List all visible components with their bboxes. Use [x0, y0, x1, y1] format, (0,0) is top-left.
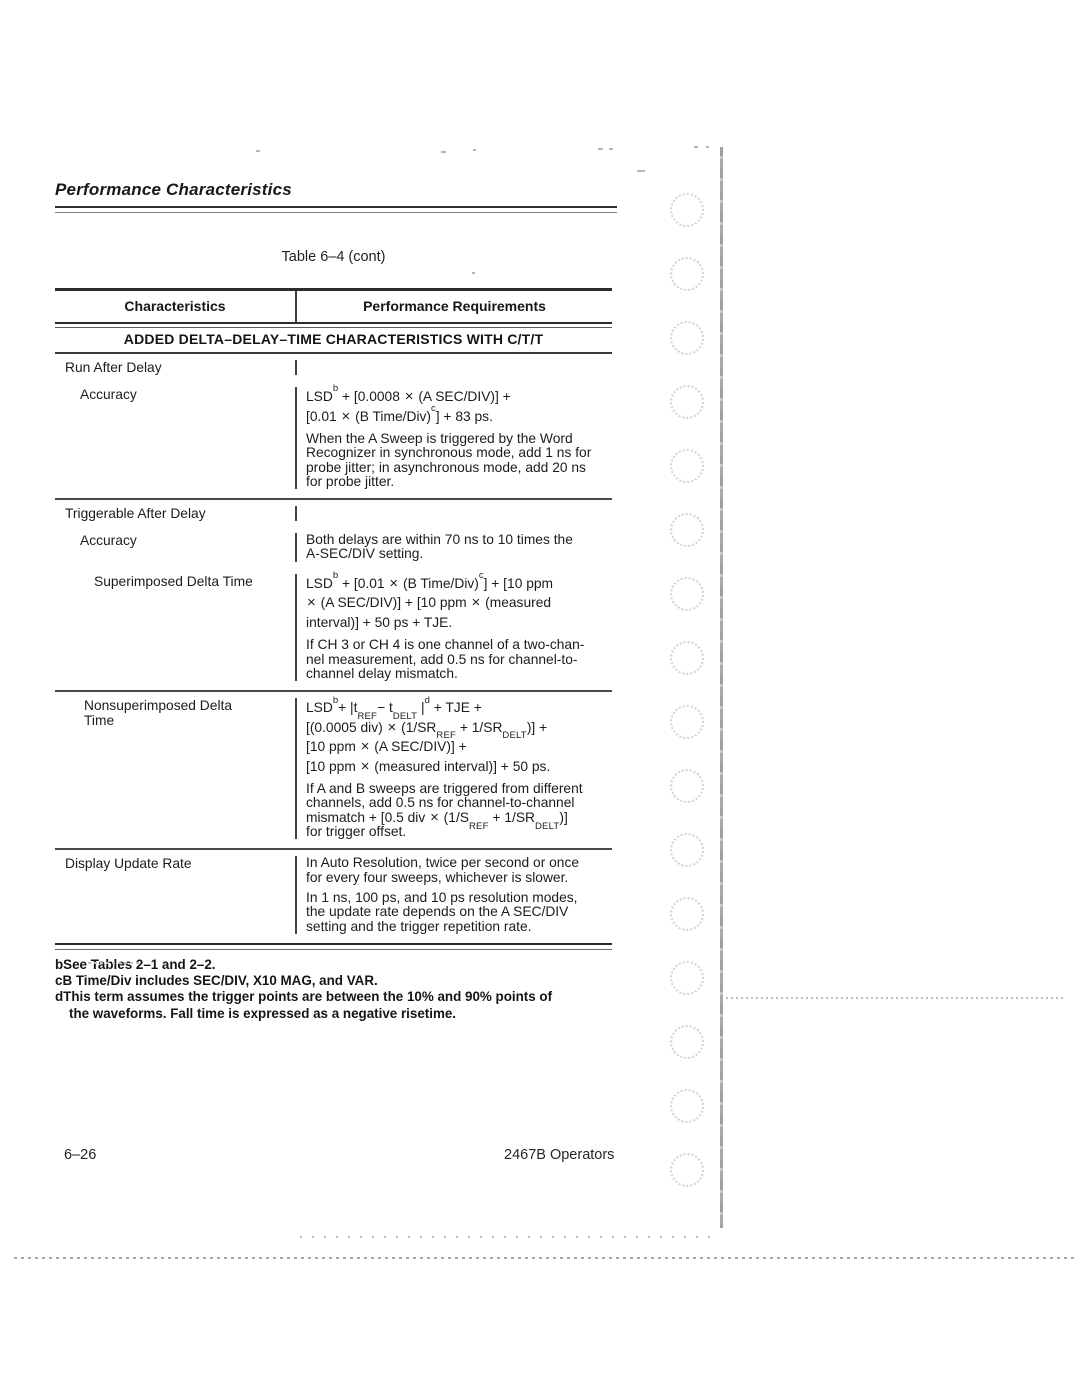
requirement-line: interval)] + 50 ps + TJE. — [306, 613, 610, 633]
characteristics-cell: Nonsuperimposed DeltaTime — [55, 698, 297, 839]
requirements-cell: LSDb+ |tREF− tDELT |d + TJE +[(0.0005 di… — [297, 698, 612, 839]
requirement-line: [0.01 × (B Time/Div)c] + 83 ps. — [306, 407, 610, 427]
multiply-sign: × — [404, 388, 415, 405]
table-entry: Display Update RateIn Auto Resolution, t… — [55, 850, 612, 942]
binder-hole — [663, 826, 711, 874]
spec-table: Characteristics Performance Requirements… — [55, 288, 612, 1022]
requirement-line: × (A SEC/DIV)] + [10 ppm × (measured — [306, 593, 610, 613]
table-section-header: ADDED DELTA–DELAY–TIME CHARACTERISTICS W… — [55, 328, 612, 354]
requirement-paragraph: LSDb + [0.0008 × (A SEC/DIV)] +[0.01 × (… — [306, 387, 610, 426]
requirements-cell: LSDb + [0.0008 × (A SEC/DIV)] +[0.01 × (… — [297, 387, 612, 489]
requirement-line: [10 ppm × (measured interval)] + 50 ps. — [306, 757, 610, 777]
characteristics-cell: Run After Delay — [55, 360, 297, 375]
requirement-line: the update rate depends on the A SEC/DIV — [306, 905, 610, 919]
characteristic-label: Triggerable After Delay — [55, 506, 289, 521]
multiply-sign: × — [341, 408, 352, 425]
characteristics-cell: Accuracy — [55, 533, 297, 562]
requirement-paragraph: In Auto Resolution, twice per second or … — [306, 856, 610, 885]
requirement-paragraph: In 1 ns, 100 ps, and 10 ps resolution mo… — [306, 891, 610, 934]
binder-hole — [670, 961, 704, 995]
requirement-line: LSDb + [0.0008 × (A SEC/DIV)] + — [306, 387, 610, 407]
scan-speck — [473, 149, 476, 151]
requirement-line: nel measurement, add 0.5 ns for channel-… — [306, 653, 610, 667]
characteristics-cell: Display Update Rate — [55, 856, 297, 933]
scan-speck — [637, 170, 645, 172]
binder-hole — [666, 637, 708, 679]
footnote-line: cB Time/Div includes SEC/DIV, X10 MAG, a… — [55, 973, 612, 989]
page-number: 6–26 — [64, 1147, 96, 1163]
column-header-characteristics: Characteristics — [55, 291, 297, 322]
requirements-cell: Both delays are within 70 ns to 10 times… — [297, 533, 612, 562]
requirement-line: probe jitter; in asynchronous mode, add … — [306, 461, 610, 475]
table-entry: AccuracyLSDb + [0.0008 × (A SEC/DIV)] +[… — [55, 375, 612, 498]
scan-speck — [706, 146, 709, 148]
requirement-line: Both delays are within 70 ns to 10 times… — [306, 533, 610, 547]
multiply-sign: × — [471, 594, 482, 611]
characteristic-label: Run After Delay — [55, 360, 289, 375]
requirement-paragraph: Both delays are within 70 ns to 10 times… — [306, 533, 610, 562]
characteristic-label-line: Display Update Rate — [65, 856, 289, 871]
requirement-line: for every four sweeps, whichever is slow… — [306, 871, 610, 885]
scanned-manual-page: Performance Characteristics Table 6–4 (c… — [0, 0, 1080, 1397]
binder-hole — [666, 893, 708, 935]
requirement-line: LSDb + [0.01 × (B Time/Div)c] + [10 ppm — [306, 574, 610, 594]
table-row: Nonsuperimposed DeltaTimeLSDb+ |tREF− tD… — [55, 692, 612, 850]
multiply-sign: × — [360, 738, 371, 755]
binder-hole — [670, 449, 704, 483]
requirement-line: If CH 3 or CH 4 is one channel of a two-… — [306, 638, 610, 652]
table-entry: Superimposed Delta TimeLSDb + [0.01 × (B… — [55, 562, 612, 690]
header-rule — [55, 206, 617, 213]
table-row: Display Update RateIn Auto Resolution, t… — [55, 850, 612, 942]
characteristic-label-line: Triggerable After Delay — [65, 506, 289, 521]
requirement-line: [(0.0005 div) × (1/SRREF + 1/SRDELT)] + — [306, 718, 610, 738]
characteristic-label: Display Update Rate — [55, 856, 289, 871]
characteristic-label: Nonsuperimposed DeltaTime — [55, 698, 289, 728]
binder-hole — [670, 193, 704, 227]
scan-dots-sparse — [300, 1236, 712, 1238]
table-row: Run After DelayAccuracyLSDb + [0.0008 × … — [55, 354, 612, 500]
binder-hole — [666, 381, 708, 423]
requirement-line: LSDb+ |tREF− tDELT |d + TJE + — [306, 698, 610, 718]
requirements-cell: In Auto Resolution, twice per second or … — [297, 856, 612, 933]
requirement-line: mismatch + [0.5 div × (1/SREF + 1/SRDELT… — [306, 811, 610, 825]
binder-hole — [663, 570, 711, 618]
scan-speck — [472, 272, 475, 274]
scan-speck — [441, 151, 446, 153]
requirement-paragraph: If A and B sweeps are triggered from dif… — [306, 782, 610, 839]
requirement-line: In Auto Resolution, twice per second or … — [306, 856, 610, 870]
scan-dots-left — [88, 962, 140, 964]
requirements-cell: LSDb + [0.01 × (B Time/Div)c] + [10 ppm×… — [297, 574, 612, 681]
characteristic-label: Accuracy — [55, 387, 289, 402]
characteristic-label-line: Nonsuperimposed Delta — [84, 698, 289, 713]
characteristic-label-line: Accuracy — [80, 533, 289, 548]
characteristic-label-line: Accuracy — [80, 387, 289, 402]
scan-speck — [694, 146, 698, 148]
footnote-line: the waveforms. Fall time is expressed as… — [55, 1006, 612, 1022]
characteristics-cell: Superimposed Delta Time — [55, 574, 297, 681]
characteristic-label-line: Superimposed Delta Time — [94, 574, 289, 589]
binder-hole — [663, 1082, 711, 1130]
table-entry: Nonsuperimposed DeltaTimeLSDb+ |tREF− tD… — [55, 692, 612, 848]
table-entry: Triggerable After Delay — [55, 500, 612, 521]
multiply-sign: × — [360, 758, 371, 775]
requirement-line: for probe jitter. — [306, 475, 610, 489]
requirement-paragraph: LSDb + [0.01 × (B Time/Div)c] + [10 ppm×… — [306, 574, 610, 633]
binder-hole — [666, 1149, 708, 1191]
requirement-line: In 1 ns, 100 ps, and 10 ps resolution mo… — [306, 891, 610, 905]
characteristics-cell: Triggerable After Delay — [55, 506, 297, 521]
table-header-row: Characteristics Performance Requirements — [55, 288, 612, 322]
table-entry: AccuracyBoth delays are within 70 ns to … — [55, 521, 612, 562]
binder-hole — [663, 314, 711, 362]
table-title: Table 6–4 (cont) — [55, 249, 612, 265]
table-body: Run After DelayAccuracyLSDb + [0.0008 × … — [55, 354, 612, 943]
characteristic-label-line: Time — [84, 713, 289, 728]
scan-dotted-line-right — [726, 997, 1064, 999]
footnotes-block: bSee Tables 2–1 and 2–2.cB Time/Div incl… — [55, 957, 612, 1022]
requirement-line: Recognizer in synchronous mode, add 1 ns… — [306, 446, 610, 460]
footer-document-title: 2467B Operators — [504, 1147, 614, 1163]
table-row: Triggerable After DelayAccuracyBoth dela… — [55, 500, 612, 692]
characteristic-label-line: Run After Delay — [65, 360, 289, 375]
page-header-title: Performance Characteristics — [55, 180, 292, 200]
requirement-paragraph: If CH 3 or CH 4 is one channel of a two-… — [306, 638, 610, 681]
table-bottom-rule — [55, 943, 612, 950]
requirement-line: When the A Sweep is triggered by the Wor… — [306, 432, 610, 446]
requirements-cell — [297, 360, 612, 375]
binder-hole — [670, 705, 704, 739]
scan-speck — [256, 150, 260, 152]
requirement-line: channel delay mismatch. — [306, 667, 610, 681]
table-entry: Run After Delay — [55, 354, 612, 375]
footnote-line: dThis term assumes the trigger points ar… — [55, 989, 612, 1005]
scan-speck — [598, 148, 603, 150]
characteristics-cell: Accuracy — [55, 387, 297, 489]
multiply-sign: × — [388, 575, 399, 592]
requirement-line: channels, add 0.5 ns for channel-to-chan… — [306, 796, 610, 810]
binder-hole — [664, 763, 709, 808]
binder-hole — [664, 1019, 709, 1064]
requirement-paragraph: LSDb+ |tREF− tDELT |d + TJE +[(0.0005 di… — [306, 698, 610, 776]
requirement-line: A-SEC/DIV setting. — [306, 547, 610, 561]
requirement-line: If A and B sweeps are triggered from dif… — [306, 782, 610, 796]
requirement-paragraph: When the A Sweep is triggered by the Wor… — [306, 432, 610, 489]
requirements-cell — [297, 506, 612, 521]
scan-speck — [609, 148, 613, 150]
requirement-line: [10 ppm × (A SEC/DIV)] + — [306, 737, 610, 757]
scan-dotted-line-bottom — [14, 1257, 1074, 1259]
page-edge-line — [720, 147, 723, 1228]
characteristic-label: Superimposed Delta Time — [55, 574, 289, 589]
footnote-line: bSee Tables 2–1 and 2–2. — [55, 957, 612, 973]
multiply-sign: × — [306, 594, 317, 611]
binder-hole — [664, 251, 709, 296]
column-header-performance-requirements: Performance Requirements — [297, 291, 612, 322]
characteristic-label: Accuracy — [55, 533, 289, 548]
requirement-line: setting and the trigger repetition rate. — [306, 920, 610, 934]
binder-hole — [664, 507, 709, 552]
multiply-sign: × — [429, 809, 440, 826]
requirement-line: for trigger offset. — [306, 825, 610, 839]
